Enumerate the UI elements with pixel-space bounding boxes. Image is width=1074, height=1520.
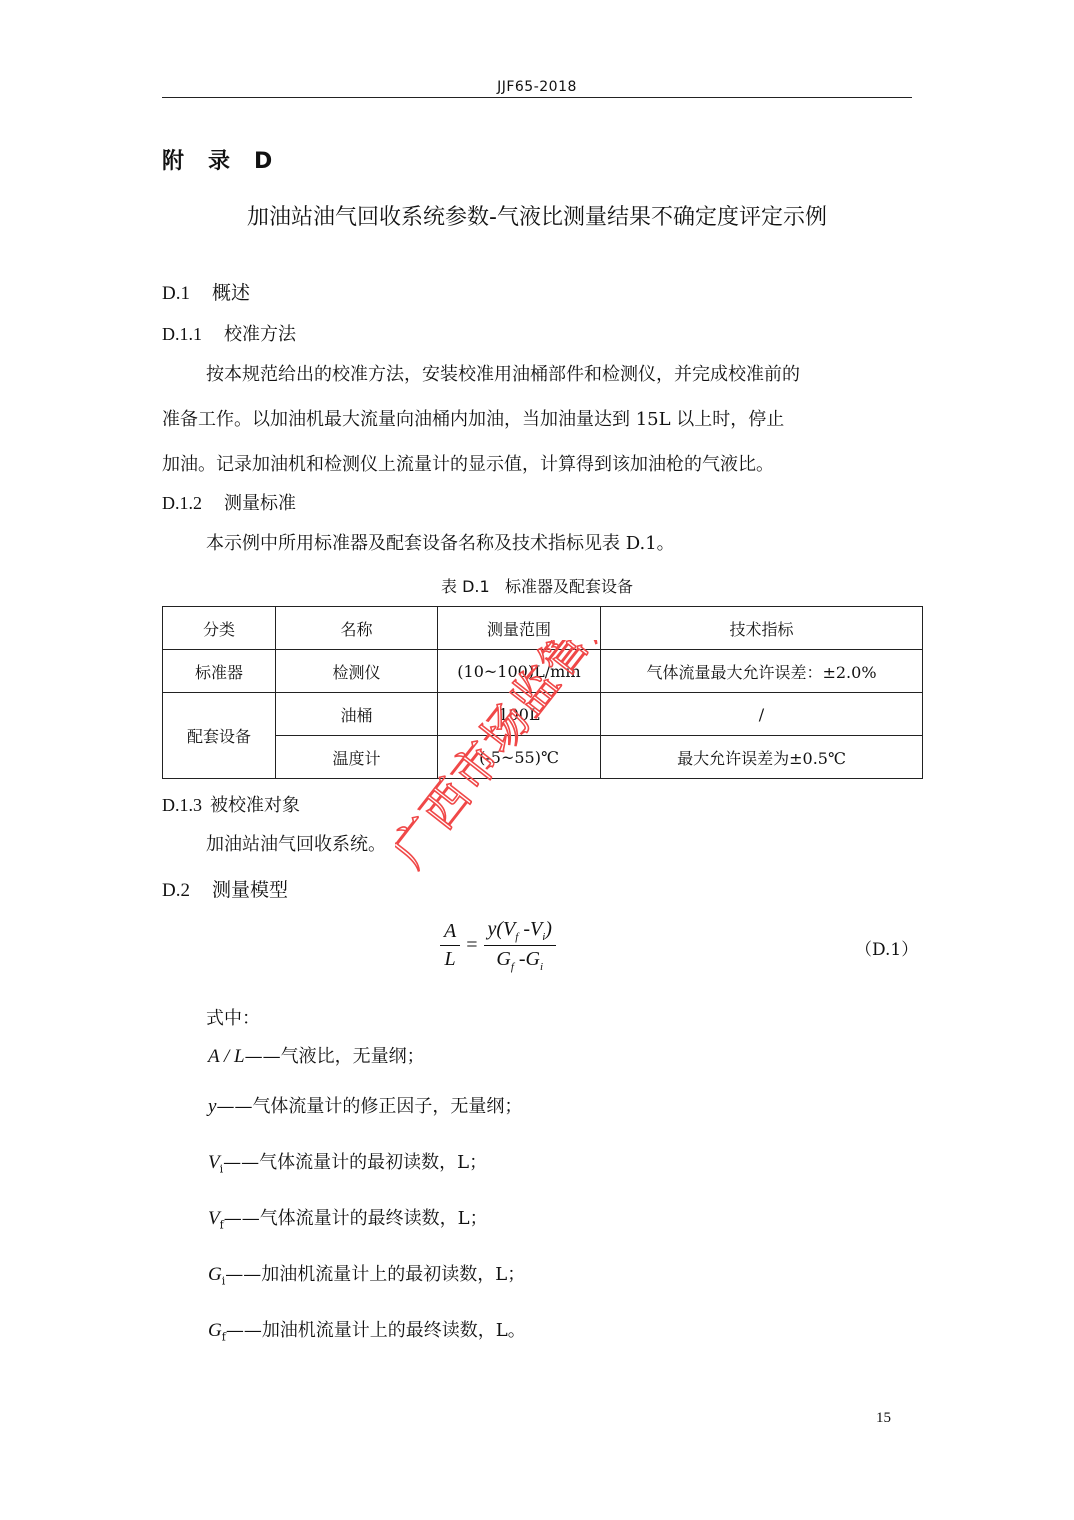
- variable-definition: Vi——气体流量计的最初读数，L；: [208, 1148, 487, 1176]
- variable-definition: y——气体流量计的修正因子，无量纲；: [208, 1092, 522, 1120]
- table-caption-title: 标准器及配套设备: [505, 577, 633, 596]
- spec-cell: 气体流量最大允许误差：±2.0%: [601, 650, 923, 693]
- section-title: 校准方法: [224, 324, 296, 345]
- section-title: 测量模型: [212, 879, 288, 901]
- range-cell: (-5~55)℃: [438, 736, 601, 779]
- section-d12-heading: D.1.2测量标准: [162, 489, 296, 515]
- section-number: D.1.2: [162, 493, 202, 514]
- section-title: 被校准对象: [210, 795, 300, 816]
- category-cell: 标准器: [163, 650, 276, 693]
- section-d13-heading: D.1.3被校准对象: [162, 791, 300, 817]
- range-cell: (10~100)L/min: [438, 650, 601, 693]
- section-title: 概述: [212, 282, 250, 304]
- header-cell: 分类: [163, 607, 276, 650]
- name-cell: 油桶: [276, 693, 438, 736]
- variable-definition: Gi——加油机流量计上的最初读数，L；: [208, 1260, 525, 1288]
- paragraph-line: 加油。记录加油机和检测仪上流量计的显示值，计算得到该加油枪的气液比。: [162, 442, 914, 487]
- calibration-method-paragraph: 按本规范给出的校准方法，安装校准用油桶部件和检测仪，并完成校准前的 准备工作。以…: [162, 352, 914, 487]
- document-code-header: JJF65-2018: [0, 79, 1074, 95]
- standards-table: 分类 名称 测量范围 技术指标 标准器 检测仪 (10~100)L/min 气体…: [162, 606, 923, 779]
- header-cell: 名称: [276, 607, 438, 650]
- category-cell: 配套设备: [163, 693, 276, 779]
- header-cell: 技术指标: [601, 607, 923, 650]
- header-divider: [162, 97, 912, 98]
- section-title: 测量标准: [224, 493, 296, 514]
- table-header-row: 分类 名称 测量范围 技术指标: [163, 607, 923, 650]
- section-d11-heading: D.1.1校准方法: [162, 320, 296, 346]
- document-title: 加油站油气回收系统参数-气液比测量结果不确定度评定示例: [0, 200, 1074, 231]
- section-number: D.2: [162, 880, 190, 902]
- paragraph-line: 按本规范给出的校准方法，安装校准用油桶部件和检测仪，并完成校准前的: [162, 352, 914, 397]
- appendix-label-1: 附: [162, 149, 186, 174]
- name-cell: 温度计: [276, 736, 438, 779]
- appendix-label-2: 录: [208, 149, 232, 174]
- spec-cell: 最大允许误差为±0.5℃: [601, 736, 923, 779]
- table-caption: 表 D.1 标准器及配套设备: [0, 574, 1074, 597]
- section-number: D.1: [162, 283, 190, 305]
- spec-cell: /: [601, 693, 923, 736]
- formula-lhs-fraction: A L: [440, 920, 460, 971]
- equation-number: （D.1）: [855, 935, 918, 960]
- page-number: 15: [876, 1410, 891, 1427]
- formula-d1: A L = y(Vf -Vi) Gf -Gi: [440, 918, 556, 973]
- section-d1-heading: D.1概述: [162, 278, 250, 305]
- table-caption-number: 表 D.1: [441, 577, 490, 596]
- header-cell: 测量范围: [438, 607, 601, 650]
- appendix-heading: 附录D: [162, 144, 296, 175]
- section-d2-heading: D.2测量模型: [162, 875, 288, 902]
- calibrated-object-paragraph: 加油站油气回收系统。: [206, 822, 386, 867]
- section-number: D.1.3: [162, 795, 202, 816]
- variable-definition: Gf——加油机流量计上的最终读数，L。: [208, 1316, 526, 1344]
- table-row: 标准器 检测仪 (10~100)L/min 气体流量最大允许误差：±2.0%: [163, 650, 923, 693]
- table-row: 温度计 (-5~55)℃ 最大允许误差为±0.5℃: [163, 736, 923, 779]
- measurement-standard-paragraph: 本示例中所用标准器及配套设备名称及技术指标见表 D.1。: [206, 521, 675, 566]
- variable-definition: A / L——气液比，无量纲；: [208, 1042, 425, 1070]
- formula-rhs-fraction: y(Vf -Vi) Gf -Gi: [484, 918, 556, 973]
- table-row: 配套设备 油桶 100L /: [163, 693, 923, 736]
- range-cell: 100L: [438, 693, 601, 736]
- appendix-label-3: D: [254, 149, 274, 174]
- where-label: 式中：: [206, 996, 260, 1041]
- name-cell: 检测仪: [276, 650, 438, 693]
- section-number: D.1.1: [162, 324, 202, 345]
- paragraph-line: 准备工作。以加油机最大流量向油桶内加油，当加油量达到 15L 以上时，停止: [162, 397, 914, 442]
- variable-definition: Vf——气体流量计的最终读数，L；: [208, 1204, 488, 1232]
